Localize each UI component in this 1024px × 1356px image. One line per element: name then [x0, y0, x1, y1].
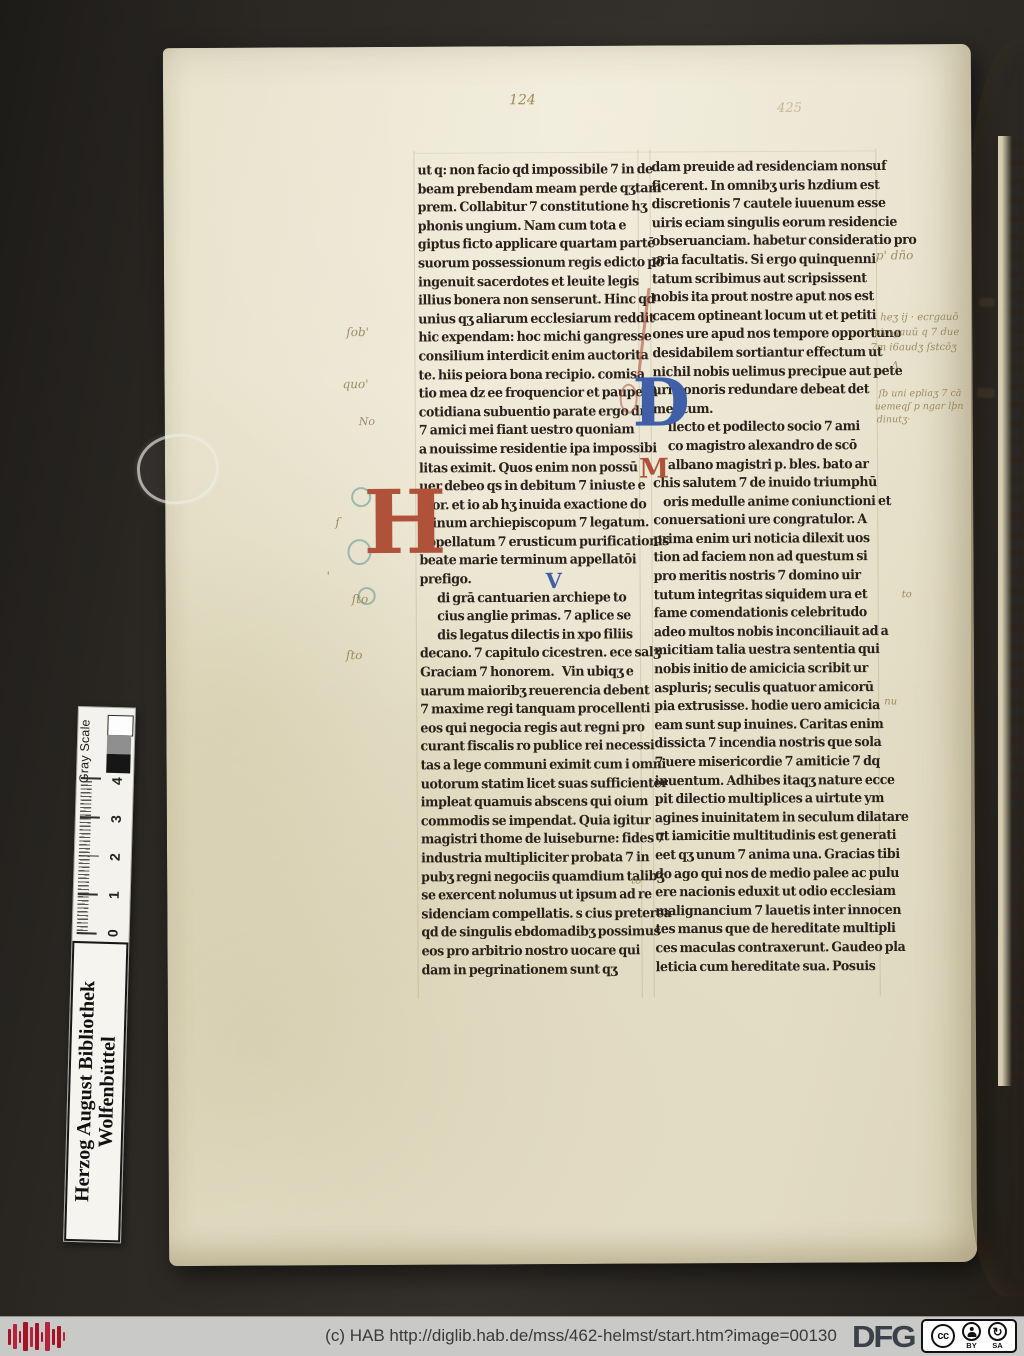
manuscript-text-line: tio mea dz ee froquencior et pauperū — [419, 383, 645, 404]
margin-annotation: ' — [327, 569, 330, 583]
illuminated-initial: V — [546, 572, 562, 591]
margin-smudge — [977, 388, 995, 398]
manuscript-text-line: pia extrusisse. hodie uero amicicia — [654, 696, 880, 717]
manuscript-text-line: hic expendam: hoc michi gangresse — [418, 327, 644, 348]
cc-by-person-icon — [962, 1322, 981, 1341]
manuscript-text-line: suorum possessionum regis edicto pō — [418, 253, 644, 274]
ruler-number: 0 — [105, 929, 121, 937]
manuscript-text-line: prem. Collabitur 7 constitutione hʒ — [418, 197, 644, 218]
manuscript-text-line: litas eximit. Quos enim non possū — [419, 457, 645, 478]
gray-scale-patch-white — [107, 715, 134, 737]
manuscript-text-line: illius bonera non senserunt. Hinc qd — [418, 290, 644, 311]
old-folio-number: 425 — [777, 101, 802, 116]
margin-annotation: heʒ ij · ecrgauō — [880, 312, 958, 323]
manuscript-text-line: ut iamicitie multitudinis est generati — [655, 826, 881, 847]
ruler-numbers: 01234 — [103, 776, 128, 938]
manuscript-text-line: eet qʒ unum 7 anima una. Gracias tibi — [655, 844, 881, 865]
manuscript-text-line: tion ad faciem non ad questum si — [653, 547, 879, 568]
manuscript-text-line: nobis ita prout nostre aput nos est — [652, 287, 878, 308]
manuscript-text-line: pit dilectio multiplices a uirtute ym — [655, 789, 881, 810]
manuscript-text-line: qd de singulis ebdomadibʒ possimus — [421, 922, 647, 943]
manuscript-text-line: se exercent nolumus ut ipsum ad re — [421, 885, 647, 906]
manuscript-text-line: fame comendationis celebritudo — [654, 603, 880, 624]
manuscript-text-line: ingenuit sacerdotes et leuite legis — [418, 271, 644, 292]
ruler-number: 1 — [106, 891, 122, 899]
manuscript-text-line: minum archiepiscopum 7 legatum. — [419, 513, 645, 534]
manuscript-text-line: prefigo. — [420, 569, 646, 590]
margin-annotation: No — [359, 415, 375, 428]
margin-annotation: 7m i6audʒ ſstcōʒ — [870, 342, 956, 353]
folio-number: 124 — [509, 92, 536, 108]
page-holder-clip — [133, 429, 223, 509]
manuscript-text-line: decano. 7 capitulo cicestren. ece salʒ — [420, 643, 646, 664]
digitized-manuscript-photo: 124 425 ut q: non facio qd impossibile 7… — [0, 0, 1024, 1356]
manuscript-text-line: eos pro arbitrio nostro uocare qui — [421, 941, 647, 962]
cc-license-badge: cc BY ↻ SA — [921, 1319, 1017, 1353]
ruler-number: 2 — [107, 853, 123, 861]
manuscript-text-line: industria multipliciter probata 7 in — [421, 848, 647, 869]
margin-annotation: uemeqſ p ngar lþn — [875, 401, 964, 412]
manuscript-text-line: dam in pegrinationem sunt qʒ — [422, 959, 648, 980]
ruler-major-tick — [77, 932, 97, 934]
manuscript-text-line: micitiam talia uestra sententia qui — [654, 640, 880, 661]
illuminated-initial: D — [633, 373, 691, 433]
cc-by-label: BY — [966, 1342, 976, 1350]
margin-annotation: dinutʒ· — [877, 414, 911, 425]
cc-sa-label: SA — [992, 1342, 1002, 1350]
manuscript-text-line: ere nacionis eduxit ut odio ecclesiam — [655, 882, 881, 903]
margin-annotation: ſto — [352, 592, 369, 606]
manuscript-text-line: uer debeo qs in debitum 7 iniuste e — [419, 476, 645, 497]
manuscript-text-line: Graciam 7 honorem. Vin ubiqʒ e — [420, 662, 646, 683]
manuscript-text-line: do ago qui nos de medio palee ac pulu — [655, 863, 881, 884]
margin-annotation: to — [631, 876, 641, 887]
manuscript-text-line: a nouissime residentie ipa impossibi — [419, 439, 645, 460]
manuscript-text-line: pubʒ regni negociis quamdium talibʒ — [421, 866, 647, 887]
manuscript-text-line: consilium interdicit enim auctorita — [418, 346, 644, 367]
margin-annotation: to — [902, 589, 912, 600]
manuscript-text-line: dam preuide ad residenciam nonsuf — [651, 156, 877, 177]
ruler-number: 4 — [109, 777, 125, 785]
manuscript-text-line: desidabilem sortiantur effectum ut — [652, 342, 878, 363]
cc-sa-arrow-icon: ↻ — [988, 1322, 1007, 1341]
manuscript-text-line: obseruanciam. habetur consideratio pro — [652, 231, 878, 252]
manuscript-text-line: 7 uere misericordie 7 amiticie 7 dq — [655, 751, 881, 772]
manuscript-text-line: conuersationi ure congratulor. A — [653, 510, 879, 531]
manuscript-text-line: dissicta 7 incendia nostris que sola — [654, 733, 880, 754]
color-ruler-card: Gray Scale 01234 Herzog August Bibliothe… — [63, 706, 136, 1243]
manuscript-text-line: pro meritis nostris 7 domino uir — [654, 565, 880, 586]
manuscript-text-line: impleat quamuis abscens qui oium — [421, 792, 647, 813]
margin-annotation: nu — [884, 696, 897, 707]
ruling-line — [413, 150, 875, 153]
text-column-right: dam preuide ad residenciam nonsufficeren… — [651, 156, 881, 975]
cc-icon: cc — [931, 1324, 955, 1348]
manuscript-page: 124 425 ut q: non facio qd impossibile 7… — [163, 44, 977, 1266]
margin-annotation: ſob' — [346, 325, 369, 339]
manuscript-text-line: ut q: non facio qd impossibile 7 in de — [417, 160, 643, 181]
manuscript-text-line: ones ure apud nos tempore opportuno — [652, 324, 878, 345]
manuscript-text-line: ces maculas contraxerunt. Gaudeo pla — [655, 937, 881, 958]
footer-bar: (c) HAB http://diglib.hab.de/mss/462-hel… — [0, 1316, 1024, 1356]
cc-by-block: BY — [962, 1322, 981, 1350]
gray-scale-patch-black — [106, 754, 131, 774]
margin-annotation: Λ — [891, 360, 898, 371]
library-label: Herzog August Bibliothek Wolfenbüttel — [64, 941, 128, 1242]
manuscript-text-line: 7 maxime regi tanquam procellenti — [420, 699, 646, 720]
gray-scale-patch-gray — [107, 735, 132, 755]
manuscript-text-line: tatum scribimus aut scripsissent — [652, 268, 878, 289]
margin-annotation: eimgauū q 7 due — [874, 327, 959, 338]
manuscript-text-line: beate marie terminum appellatōi — [419, 550, 645, 571]
margin-smudge — [979, 298, 995, 307]
text-column-left: ut q: non facio qd impossibile 7 in debe… — [417, 160, 647, 979]
manuscript-text-line: leticia cum hereditate sua. Posuis — [656, 956, 882, 977]
manuscript-text-line: magistri thome de luiseburne: fides 7 — [421, 829, 647, 850]
adjacent-page-edge — [971, 40, 1024, 1296]
adjacent-page-text — [998, 136, 1024, 1086]
margin-annotation: ſto — [346, 648, 363, 662]
manuscript-text-line: cius anglie primas. 7 aplice se — [420, 606, 646, 627]
manuscript-text-line: tes manus que de hereditate multipli — [655, 919, 881, 940]
ruler-number: 3 — [108, 815, 124, 823]
margin-annotation: ſ — [335, 515, 340, 529]
manuscript-text-line: albano magistri p. bles. bato ar — [653, 454, 879, 475]
illuminated-initial: H — [363, 483, 447, 563]
manuscript-text-line: te. hiis peiora bona recipio. comisa — [418, 364, 644, 385]
manuscript-text-line: curant fiscalis ro publice rei necessi — [420, 736, 646, 757]
margin-annotation: quo' — [343, 377, 369, 391]
manuscript-text-line: pria facultatis. Si ergo quinquenni — [652, 249, 878, 270]
margin-annotation: ſb uni epliaʒ 7 cā — [879, 388, 962, 399]
manuscript-text-line: tas a lege communi eximit cum i omni — [421, 755, 647, 776]
manuscript-text-line: chis salutem 7 de inuido triumphū — [653, 472, 879, 493]
manuscript-text-line: 7 amici mei fiant uestro quoniam — [419, 420, 645, 441]
manuscript-text-line: giptus ficto applicare quartam partē — [418, 234, 644, 255]
cc-sa-block: ↻ SA — [988, 1322, 1007, 1350]
margin-annotation: p' dño — [876, 248, 914, 262]
illuminated-initial: M — [639, 457, 669, 481]
dfg-logo: DFG — [852, 1319, 914, 1355]
manuscript-text-line: discretionis 7 cautele iuuenum esse — [652, 194, 878, 215]
manuscript-text-line: nobis initio de amicicia scribit ur — [654, 658, 880, 679]
